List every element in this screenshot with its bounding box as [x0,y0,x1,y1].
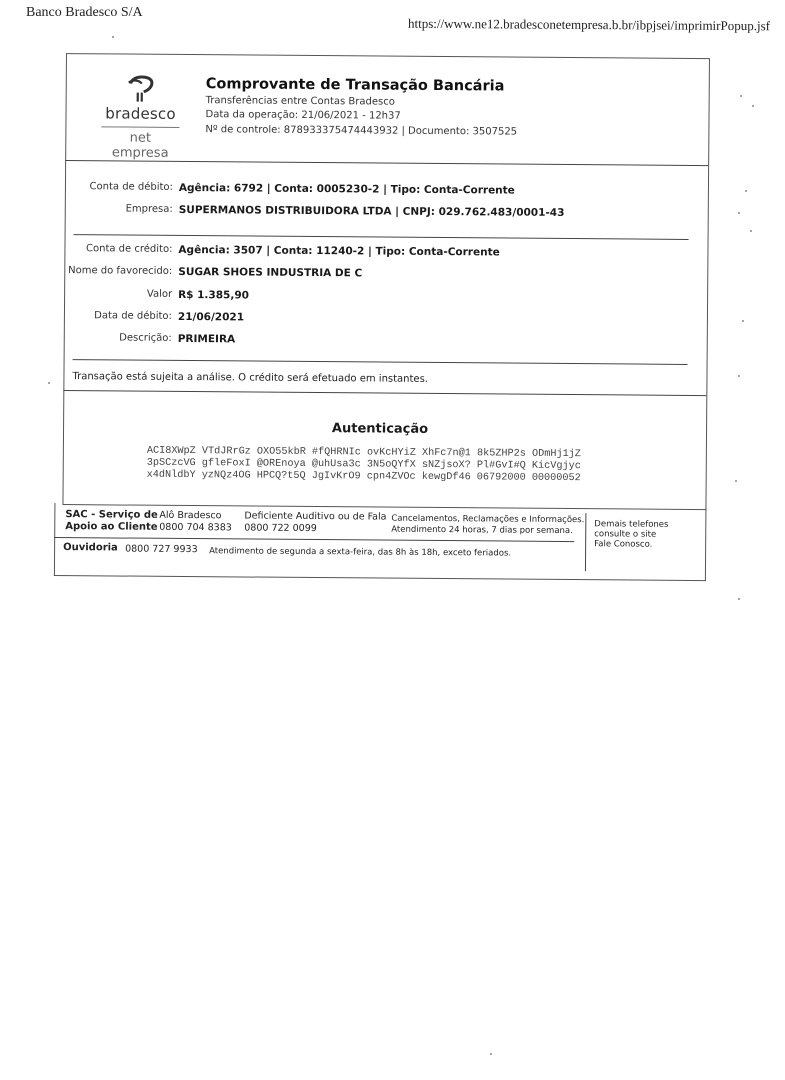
description-label: Descrição: [42,332,172,344]
ouvidoria-phone: 0800 727 9933 [125,544,198,556]
sac-label-1: SAC - Serviço de [65,509,158,521]
deficiente-label: Deficiente Auditivo ou de Fala [244,510,386,522]
sac-label-2: Apoio ao Cliente [65,521,157,533]
scan-speck [112,36,114,38]
scan-speck [738,375,740,377]
debit-date-value: 21/06/2021 [178,311,244,324]
credit-account-value: Agência: 3507 | Conta: 11240-2 | Tipo: C… [178,244,499,259]
company-row: Empresa: [47,203,173,220]
logo-divider [101,126,179,128]
amount-value: R$ 1.385,90 [178,289,249,302]
other-phones-2: consulte o site [594,529,656,539]
info-line-2: Atendimento 24 horas, 7 dias por semana. [391,525,573,536]
transaction-receipt: bradesco net empresa Comprovante de Tran… [54,53,712,582]
amount-row: Valor [46,288,172,305]
ouvidoria-label: Ouvidoria [63,542,118,553]
scan-speck [738,598,740,600]
payee-label: Nome do favorecido: [42,265,172,277]
info-line-1: Cancelamentos, Reclamações e Informações… [391,514,584,526]
amount-label: Valor [42,288,172,300]
scan-speck [48,382,50,384]
receipt-title: Comprovante de Transação Bancária [206,76,505,94]
description-row: Descrição: [46,332,172,349]
scan-speck [738,212,740,214]
description-value: PRIMEIRA [178,333,236,345]
scan-speck [740,95,742,97]
debit-date-label: Data de débito: [42,310,172,322]
payee-row: Nome do favorecido: [46,265,172,282]
company-label: Empresa: [43,203,173,215]
debit-account-row: Conta de débito: [47,181,173,198]
credit-account-row: Conta de crédito: [46,243,172,260]
scan-speck [742,320,744,322]
scan-speck [735,480,737,482]
debit-account-label: Conta de débito: [43,181,173,193]
scan-speck [745,190,747,192]
other-phones-3: Fale Conosco. [594,539,652,549]
scan-speck [752,105,754,107]
logo-brand: bradesco [99,104,181,123]
logo-subtitle: net empresa [99,130,181,161]
scan-speck [750,230,752,232]
debit-date-row: Data de débito: [46,310,172,327]
payee-value: SUGAR SHOES INDUSTRIA DE C [178,266,362,279]
credit-account-label: Conta de crédito: [42,243,172,255]
alo-bradesco-phone: 0800 704 8383 [159,522,232,534]
deficiente-phone: 0800 722 0099 [244,522,317,534]
print-header-url: https://www.ne12.bradesconetempresa.b.br… [408,16,770,35]
operation-date: Data da operação: 21/06/2021 - 12h37 [205,109,400,122]
alo-bradesco-label: Alô Bradesco [159,510,221,521]
receipt-subtitle: Transferências entre Contas Bradesco [206,95,395,107]
print-header-bank-name: Banco Bradesco S/A [26,5,143,21]
bradesco-tree-icon [124,74,158,104]
scan-speck [490,1053,492,1055]
other-phones-1: Demais telefones [594,519,668,530]
bradesco-logo: bradesco net empresa [99,73,182,161]
authentication-code: ACI8XWpZ VTdJRrGz OXO55kbR #fQHRNIc ovKc… [147,446,581,485]
